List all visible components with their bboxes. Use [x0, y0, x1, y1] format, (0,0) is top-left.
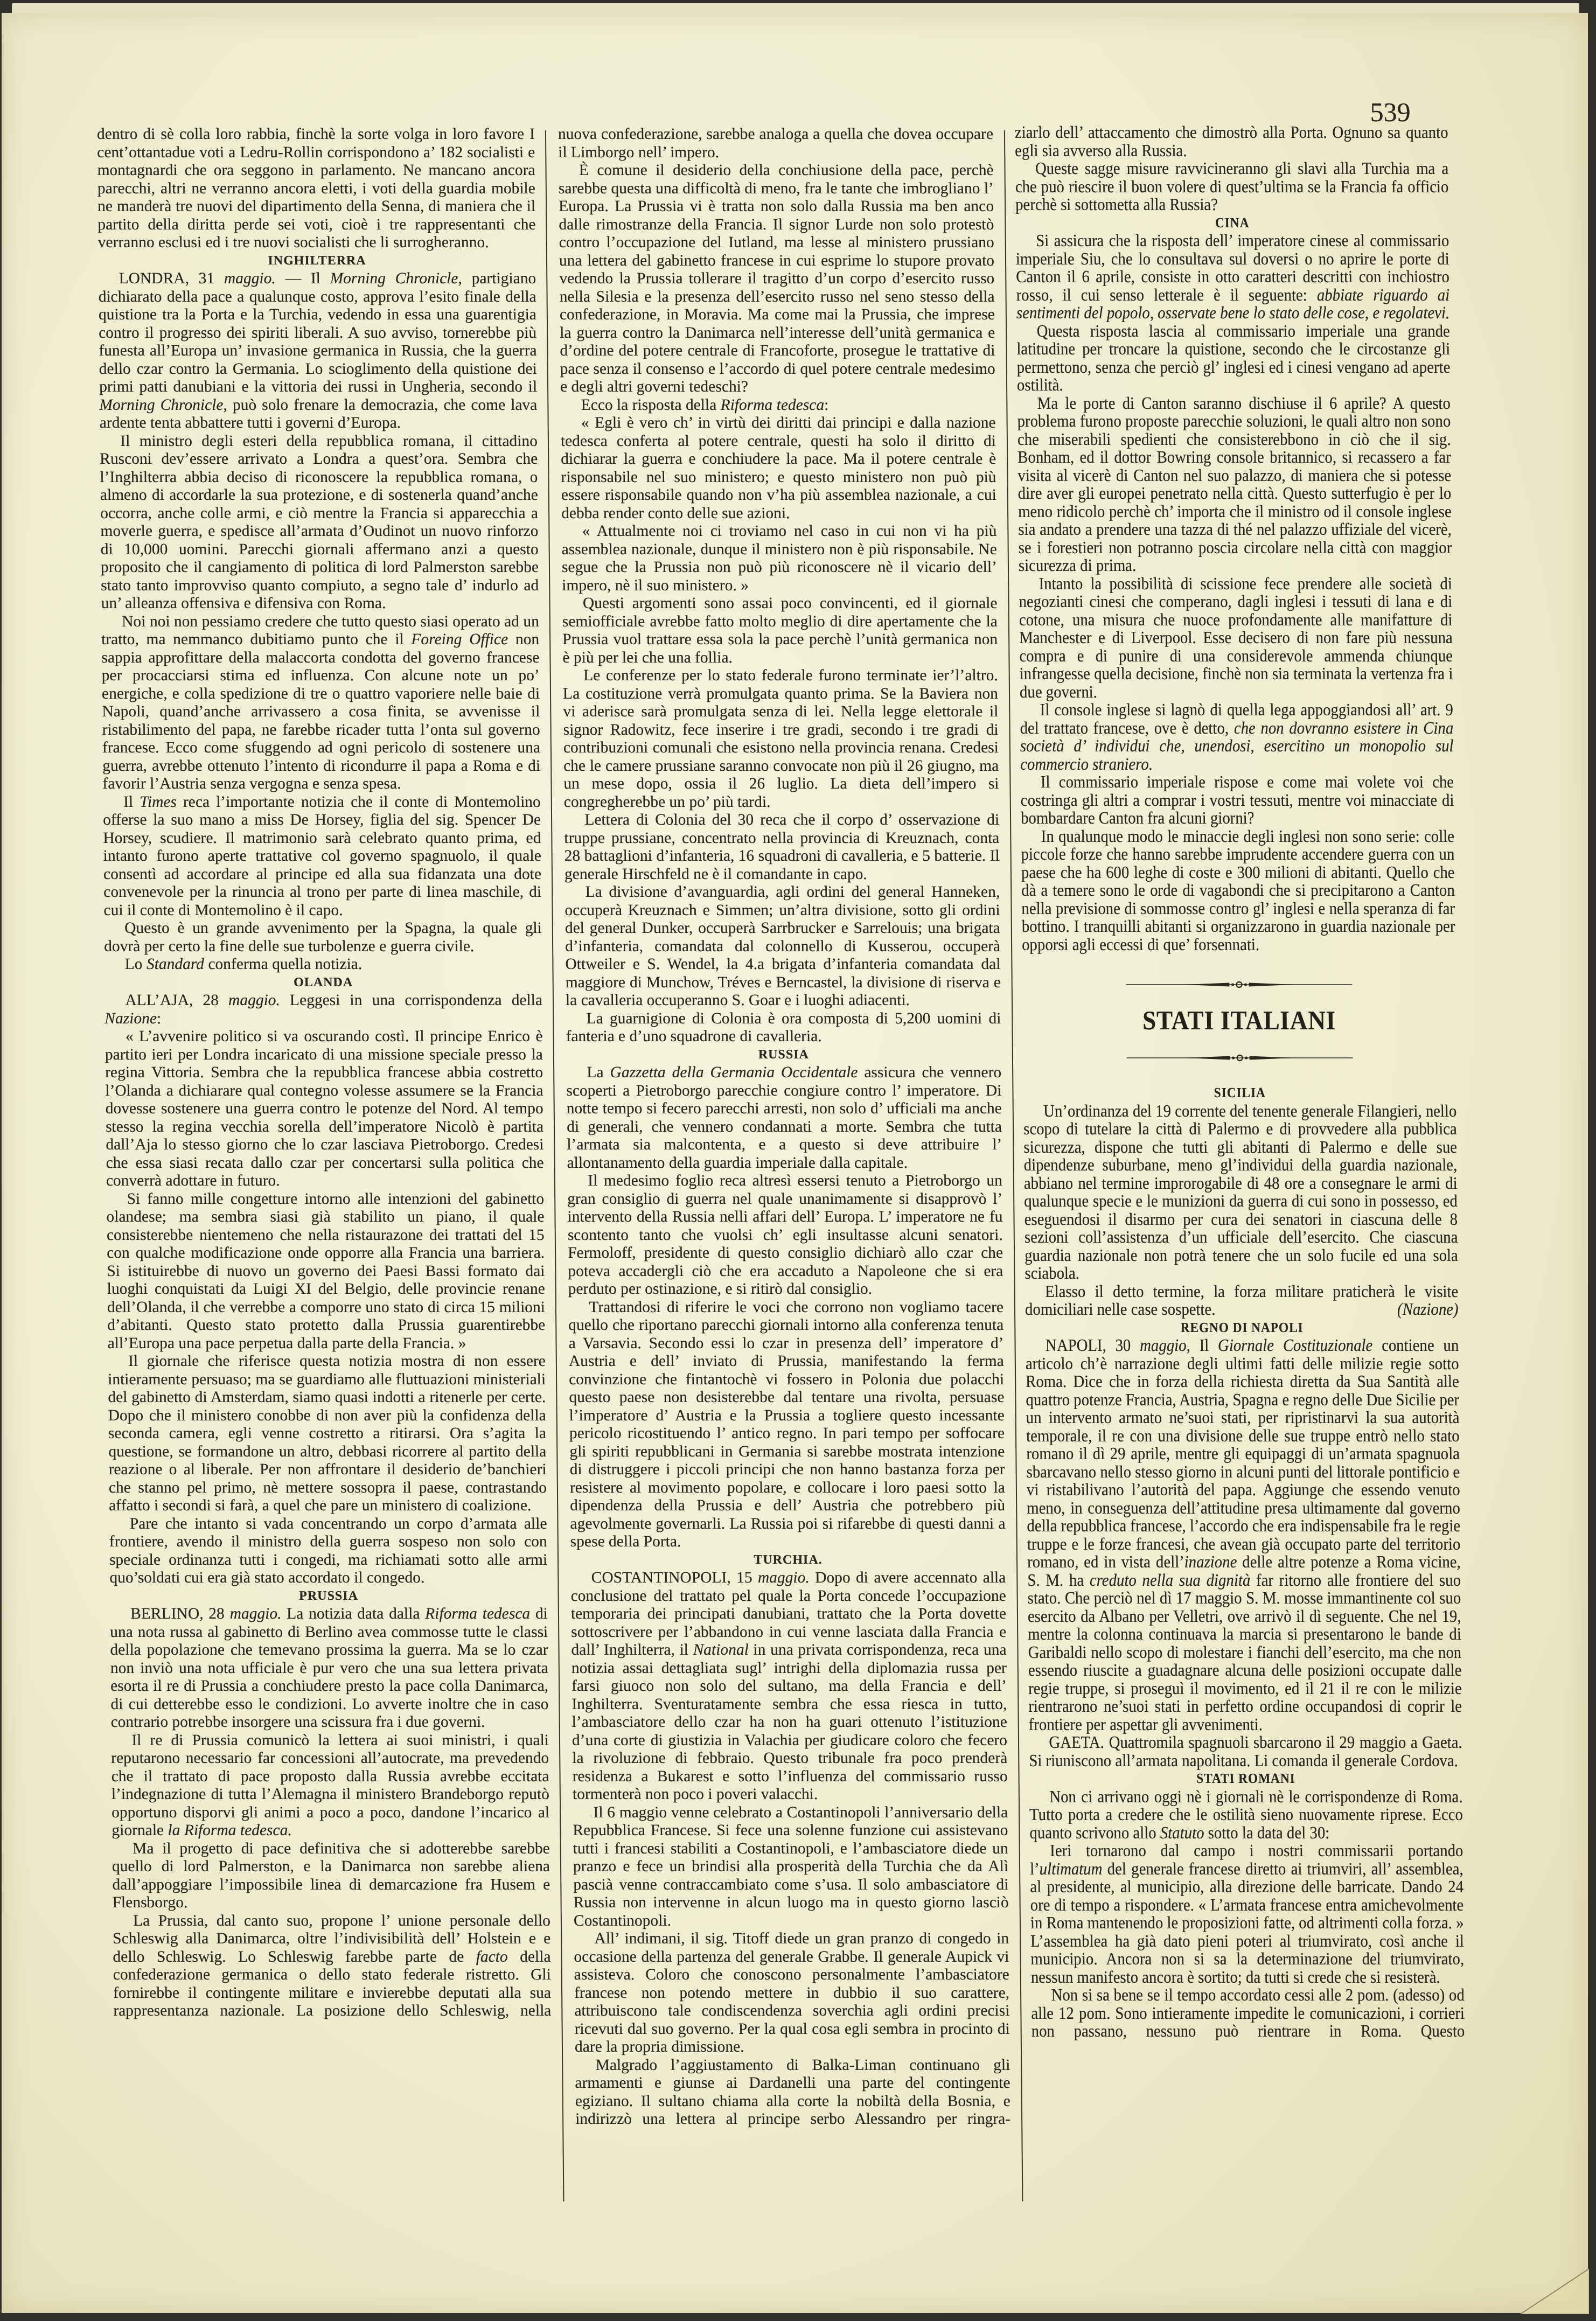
article-paragraph: Non si sa bene se il tempo accordato ces… [1031, 1986, 1465, 2040]
article-paragraph: Lo Standard conferma quella notizia. [104, 956, 542, 974]
article-paragraph: BERLINO, 28 maggio. La notizia data dall… [110, 1605, 549, 1732]
article-paragraph: Si fanno mille congetture intorno alle i… [106, 1190, 546, 1353]
article-paragraph: nuova confederazione, sarebbe analoga a … [558, 126, 994, 162]
italic-text: osservate bene lo stato delle cose [1158, 303, 1365, 322]
italic-text: maggio [1140, 1335, 1187, 1355]
section-heading-russia: RUSSIA [566, 1046, 1001, 1064]
article-paragraph: Un’ordinanza del 19 corrente del tenente… [1023, 1102, 1459, 1283]
italic-text: facto [476, 1948, 508, 1965]
page-content: 539 dentro di sè colla loro rabbia, finc… [2, 13, 1596, 2313]
italic-text: la Riforma tedesca. [168, 1822, 292, 1839]
article-paragraph: Il ministro degli esteri della repubblic… [100, 433, 539, 613]
italic-text: Gazzetta della Germania Occidentale [610, 1064, 858, 1081]
article-paragraph: Il Times reca l’importante notizia che i… [103, 793, 542, 920]
article-paragraph: All’ indimani, il sig. Titoff diede un g… [574, 1930, 1010, 2057]
article-paragraph: Questa risposta lascia al commissario im… [1016, 322, 1451, 394]
italic-text: Statuto [1160, 1823, 1204, 1842]
italic-text: Morning Chronicle [330, 270, 458, 287]
italic-text: e regolatevi. [1372, 303, 1449, 322]
ornamental-rule-icon [1126, 1054, 1353, 1062]
banner-title: STATI ITALIANI [1022, 1005, 1456, 1035]
article-paragraph: La divisione d’avanguardia, agli ordini … [564, 883, 1001, 1010]
article-paragraph: NAPOLI, 30 maggio, Il Giornale Costituzi… [1025, 1336, 1462, 1733]
article-paragraph: Malgrado l’aggiustamento di Balka-Liman … [575, 2057, 1010, 2129]
article-paragraph: Il console inglese si lagnò di quella le… [1020, 701, 1454, 773]
article-paragraph: Queste sagge misure ravvicineranno gli s… [1015, 159, 1448, 214]
italic-text: inazione [1184, 1552, 1237, 1571]
section-heading-prussia: PRUSSIA [110, 1587, 548, 1606]
italic-text: creduto nella sua dignità [1090, 1570, 1251, 1590]
article-paragraph: Si assicura che la risposta dell’ impera… [1016, 232, 1450, 322]
article-paragraph: Elasso il detto termine, la forza milita… [1025, 1283, 1459, 1319]
article-paragraph: Trattandosi di riferire le voci che corr… [568, 1299, 1006, 1551]
italic-text: Nazione [104, 1010, 157, 1027]
article-paragraph: Pare che intanto si vada concentrando un… [109, 1515, 547, 1587]
article-paragraph: dentro di sè colla loro rabbia, finchè l… [97, 126, 536, 252]
article-paragraph: LONDRA, 31 maggio. — Il Morning Chronicl… [98, 270, 538, 433]
italic-text: ultimatum [1039, 1859, 1102, 1878]
article-paragraph: « Egli è vero ch’ in virtù dei diritti d… [561, 414, 997, 522]
italic-text: maggio. [224, 270, 276, 287]
article-paragraph: « L’avvenire politico si va oscurando co… [104, 1028, 544, 1190]
italic-text: Times [140, 793, 177, 811]
article-paragraph: Il medesimo foglio reca altresì essersi … [567, 1172, 1003, 1299]
article-paragraph: ziarlo dell’ attaccamento che dimostrò a… [1015, 123, 1448, 159]
article-paragraph: ALL’AJA, 28 maggio. Leggesi in una corri… [104, 992, 543, 1028]
article-paragraph: La guarnigione di Colonia è ora composta… [566, 1010, 1001, 1046]
section-heading-cina: CINA [1015, 214, 1449, 232]
article-paragraph: Ma il progetto di pace definitiva che si… [112, 1840, 550, 1912]
article-paragraph: In qualunque modo le minaccie degli ingl… [1021, 827, 1455, 954]
column-middle: nuova confederazione, sarebbe analoga a … [558, 126, 1010, 2129]
article-paragraph: Il re di Prussia comunicò la lettera ai … [111, 1732, 550, 1840]
article-paragraph: Non ci arrivano oggi nè i giornali nè le… [1029, 1788, 1463, 1842]
section-heading-sicilia: SICILIA [1023, 1084, 1456, 1102]
source-attribution: (Nazione) [1377, 1300, 1458, 1319]
italic-text: Riforma tedesca [720, 396, 824, 414]
article-paragraph: Il giornale che riferisce questa notizia… [108, 1353, 547, 1515]
column-right: ziarlo dell’ attaccamento che dimostrò a… [1015, 123, 1465, 2040]
italic-text: National [693, 1641, 749, 1658]
article-paragraph: « Attualmente noi ci troviamo nel caso i… [561, 522, 997, 595]
article-paragraph: Lettera di Colonia del 30 reca che il co… [564, 811, 1000, 883]
article-paragraph: Questo è un grande avvenimento per la Sp… [104, 919, 542, 956]
article-paragraph: Le conferenze per lo stato federale furo… [563, 667, 999, 811]
folded-corner-icon [1510, 2264, 1591, 2316]
section-heading-regno-di-napoli: REGNO DI NAPOLI [1025, 1319, 1459, 1337]
article-paragraph: COSTANTINOPOLI, 15 maggio. Dopo di avere… [570, 1569, 1008, 1804]
article-paragraph: Intanto la possibilità di scissione fece… [1019, 575, 1453, 701]
italic-text: maggio. [229, 1605, 281, 1622]
article-paragraph: La Prussia, dal canto suo, propone l’ un… [113, 1912, 552, 2020]
italic-text: maggio. [228, 992, 280, 1009]
article-paragraph: Questi argomenti sono assai poco convinc… [562, 595, 998, 667]
article-paragraph: Il commissario imperiale rispose e come … [1020, 773, 1454, 827]
article-paragraph: Ieri tornarono dal campo i nostri commis… [1030, 1842, 1465, 1986]
article-paragraph: La Gazzetta della Germania Occidentale a… [566, 1064, 1002, 1172]
article-paragraph: Il 6 maggio venne celebrato a Costantino… [573, 1804, 1009, 1930]
section-heading-turchia: TURCHIA. [570, 1551, 1006, 1570]
italic-text: che non dovranno esistere in Cina societ… [1020, 718, 1454, 773]
article-paragraph: Noi noi non pessiamo credere che tutto q… [101, 613, 541, 793]
newspaper-page: 539 dentro di sè colla loro rabbia, finc… [2, 13, 1588, 2313]
section-heading-stati-romani: STATI ROMANI [1029, 1769, 1462, 1788]
section-heading-inghilterra: INGHILTERRA [98, 252, 536, 270]
italic-text: maggio. [758, 1569, 810, 1586]
ornamental-rule-icon [1126, 980, 1352, 989]
article-paragraph: Ecco la risposta della Riforma tedesca: [560, 396, 995, 415]
italic-text: Giornale Costituzionale [1218, 1335, 1373, 1355]
article-paragraph: Ma le porte di Canton saranno dischiuse … [1017, 394, 1452, 575]
italic-text: Standard [147, 956, 204, 973]
article-paragraph: GAETA. Quattromila spagnuoli sbarcarono … [1029, 1733, 1462, 1769]
italic-text: Riforma tedesca [425, 1605, 530, 1622]
page-number: 539 [1370, 99, 1410, 126]
italic-text: Foreing Office [411, 631, 508, 648]
article-paragraph: È comune il desiderio della conchiusione… [558, 162, 995, 396]
stati-italiani-banner: STATI ITALIANI [1022, 980, 1456, 1062]
section-heading-olanda: OLANDA [104, 974, 542, 992]
column-left: dentro di sè colla loro rabbia, finchè l… [97, 126, 552, 2020]
italic-text: Morning Chronicle [99, 396, 223, 414]
